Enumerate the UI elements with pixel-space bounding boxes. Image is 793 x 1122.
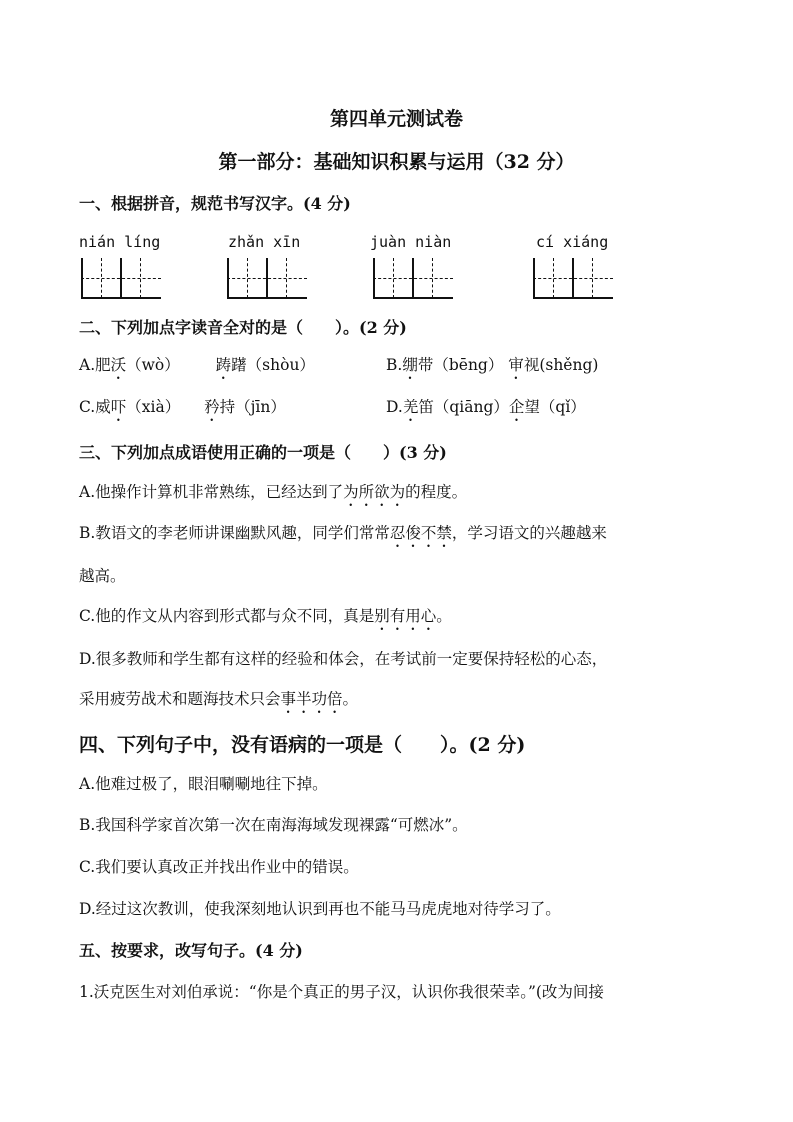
q3-option-a: A.他操作计算机非常熟练，已经达到了为所欲为的程度。 bbox=[79, 480, 467, 510]
q3-option-c: C.他的作文从内容到形式都与众不同，真是别有用心。 bbox=[79, 604, 452, 634]
writing-grid-2[interactable] bbox=[227, 258, 307, 298]
dotted-char: 羌 bbox=[403, 398, 419, 416]
dotted-char: 吓 bbox=[111, 398, 127, 416]
q2-option-c: C.威吓（xià） 矜持（jīn） bbox=[79, 395, 286, 425]
pinyin-1: nián líng bbox=[79, 233, 160, 251]
q5-item-1: 1.沃克医生对刘伯承说：“你是个真正的男子汉，认识你我很荣幸。”(改为间接 bbox=[79, 980, 604, 1002]
dotted-char: 企 bbox=[509, 398, 525, 416]
dotted-char: 沃 bbox=[111, 356, 127, 374]
writing-grid-4[interactable] bbox=[533, 258, 613, 298]
dotted-char: 绷 bbox=[402, 356, 418, 374]
q3-option-b: B.教语文的李老师讲课幽默风趣，同学们常常忍俊不禁，学习语文的兴趣越来 bbox=[79, 521, 607, 551]
dotted-char: 踌 bbox=[216, 356, 232, 374]
pinyin-4: cí xiáng bbox=[536, 233, 608, 251]
document-subtitle: 第一部分：基础知识积累与运用（32 分） bbox=[0, 147, 793, 174]
dotted-char: 矜 bbox=[204, 398, 220, 416]
q2-option-b: B.绷带（bēng） 审视(shěng) bbox=[386, 353, 598, 383]
q4-option-a: A.他难过极了，眼泪唰唰地往下掉。 bbox=[79, 772, 328, 794]
dotted-idiom: 为所欲为 bbox=[343, 483, 405, 501]
dotted-char: 审 bbox=[508, 356, 524, 374]
question-5-heading: 五、按要求，改写句子。(4 分) bbox=[79, 938, 303, 961]
dotted-idiom: 忍俊不禁 bbox=[390, 524, 452, 542]
dotted-idiom: 别有用心 bbox=[374, 607, 436, 625]
question-2-heading: 二、下列加点字读音全对的是（ ）。(2 分) bbox=[79, 315, 407, 338]
q2-option-d: D.羌笛（qiāng）企望（qǐ） bbox=[386, 395, 586, 425]
writing-grid-3[interactable] bbox=[373, 258, 453, 298]
writing-grid-1[interactable] bbox=[81, 258, 161, 298]
pinyin-3: juàn niàn bbox=[370, 233, 451, 251]
q4-option-c: C.我们要认真改正并找出作业中的错误。 bbox=[79, 855, 359, 877]
question-3-heading: 三、下列加点成语使用正确的一项是（ ）(3 分) bbox=[79, 440, 447, 463]
q3-option-d-cont: 采用疲劳战术和题海技术只会事半功倍。 bbox=[79, 687, 358, 717]
dotted-idiom: 事半功倍 bbox=[281, 690, 343, 708]
q4-option-b: B.我国科学家首次第一次在南海海域发现裸露“可燃冰”。 bbox=[79, 813, 468, 835]
q4-option-d: D.经过这次教训，使我深刻地认识到再也不能马马虎虎地对待学习了。 bbox=[79, 897, 561, 919]
document-title: 第四单元测试卷 bbox=[0, 104, 793, 131]
question-4-heading: 四、下列句子中，没有语病的一项是（ ）。(2 分) bbox=[79, 730, 525, 757]
q2-option-a: A.肥沃（wò） 踌躇（shòu） bbox=[79, 353, 315, 383]
pinyin-2: zhǎn xīn bbox=[228, 233, 300, 251]
question-1-heading: 一、根据拼音，规范书写汉字。(4 分) bbox=[79, 191, 351, 214]
q3-option-d: D.很多教师和学生都有这样的经验和体会，在考试前一定要保持轻松的心态， bbox=[79, 647, 607, 669]
q3-option-b-cont: 越高。 bbox=[79, 564, 126, 586]
